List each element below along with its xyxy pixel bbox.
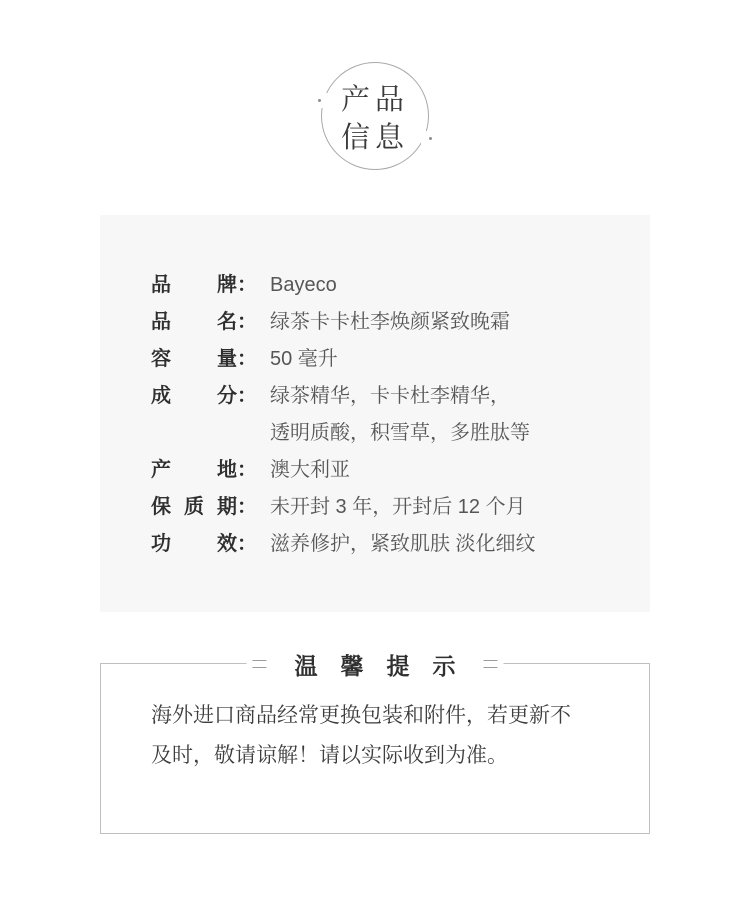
spec-colon: ： (237, 452, 270, 489)
product-info-page: 产品 信息 品牌 ： Bayeco 品名 ： 绿茶卡卡杜李焕颜紧致晚霜 容量 ：… (0, 0, 750, 905)
spec-colon: ： (237, 267, 270, 304)
warm-tips-line1: 海外进口商品经常更换包装和附件，若更新不 (151, 696, 609, 736)
badge-title-line1: 产品 (341, 81, 409, 119)
small-dot-icon (429, 137, 432, 140)
spec-value: 未开封 3 年，开封后 12 个月 (270, 489, 526, 526)
spec-value: 50 毫升 (270, 341, 338, 378)
spec-row-ingredients-cont: 透明质酸，积雪草，多胜肽等 (151, 415, 620, 452)
spec-label: 品名 (151, 304, 237, 341)
spec-label: 容量 (151, 341, 237, 378)
spec-label: 成分 (151, 378, 237, 415)
spec-label: 产地 (151, 452, 237, 489)
badge-title-line2: 信息 (341, 119, 409, 157)
spec-value: 绿茶精华，卡卡杜李精华， (270, 378, 510, 415)
spec-label: 品牌 (151, 267, 237, 304)
double-line-ornament-icon (253, 660, 267, 668)
spec-colon: ： (237, 378, 270, 415)
product-spec-box: 品牌 ： Bayeco 品名 ： 绿茶卡卡杜李焕颜紧致晚霜 容量 ： 50 毫升… (100, 215, 650, 612)
small-dot-icon (318, 99, 321, 102)
warm-tips-header: 温馨提示 (247, 650, 504, 678)
spec-row-effects: 功效 ： 滋养修护，紧致肌肤 淡化细纹 (151, 526, 620, 563)
spec-value: 澳大利亚 (270, 452, 350, 489)
warm-tips-body: 海外进口商品经常更换包装和附件，若更新不 及时，敬请谅解！请以实际收到为准。 (101, 664, 649, 776)
spec-row-ingredients: 成分 ： 绿茶精华，卡卡杜李精华， (151, 378, 620, 415)
spec-row-origin: 产地 ： 澳大利亚 (151, 452, 620, 489)
spec-value: 透明质酸，积雪草，多胜肽等 (270, 415, 530, 452)
spec-row-volume: 容量 ： 50 毫升 (151, 341, 620, 378)
spec-value: 绿茶卡卡杜李焕颜紧致晚霜 (270, 304, 510, 341)
badge-circle-gap-left (320, 93, 329, 108)
warm-tips-line2: 及时，敬请谅解！请以实际收到为准。 (151, 736, 609, 776)
spec-colon: ： (237, 341, 270, 378)
spec-label: 保质期 (151, 489, 237, 526)
product-info-badge: 产品 信息 (321, 62, 429, 170)
spec-value: 滋养修护，紧致肌肤 淡化细纹 (270, 526, 536, 563)
spec-row-product-name: 品名 ： 绿茶卡卡杜李焕颜紧致晚霜 (151, 304, 620, 341)
warm-tips-box: 温馨提示 海外进口商品经常更换包装和附件，若更新不 及时，敬请谅解！请以实际收到… (100, 663, 650, 834)
spec-row-brand: 品牌 ： Bayeco (151, 267, 620, 304)
warm-tips-title: 温馨提示 (295, 648, 479, 681)
spec-colon: ： (237, 304, 270, 341)
spec-label (151, 415, 237, 452)
spec-colon: ： (237, 526, 270, 563)
spec-colon (237, 415, 270, 452)
spec-label: 功效 (151, 526, 237, 563)
spec-value: Bayeco (270, 267, 337, 304)
spec-colon: ： (237, 489, 270, 526)
spec-row-shelf-life: 保质期 ： 未开封 3 年，开封后 12 个月 (151, 489, 620, 526)
double-line-ornament-icon (484, 660, 498, 668)
